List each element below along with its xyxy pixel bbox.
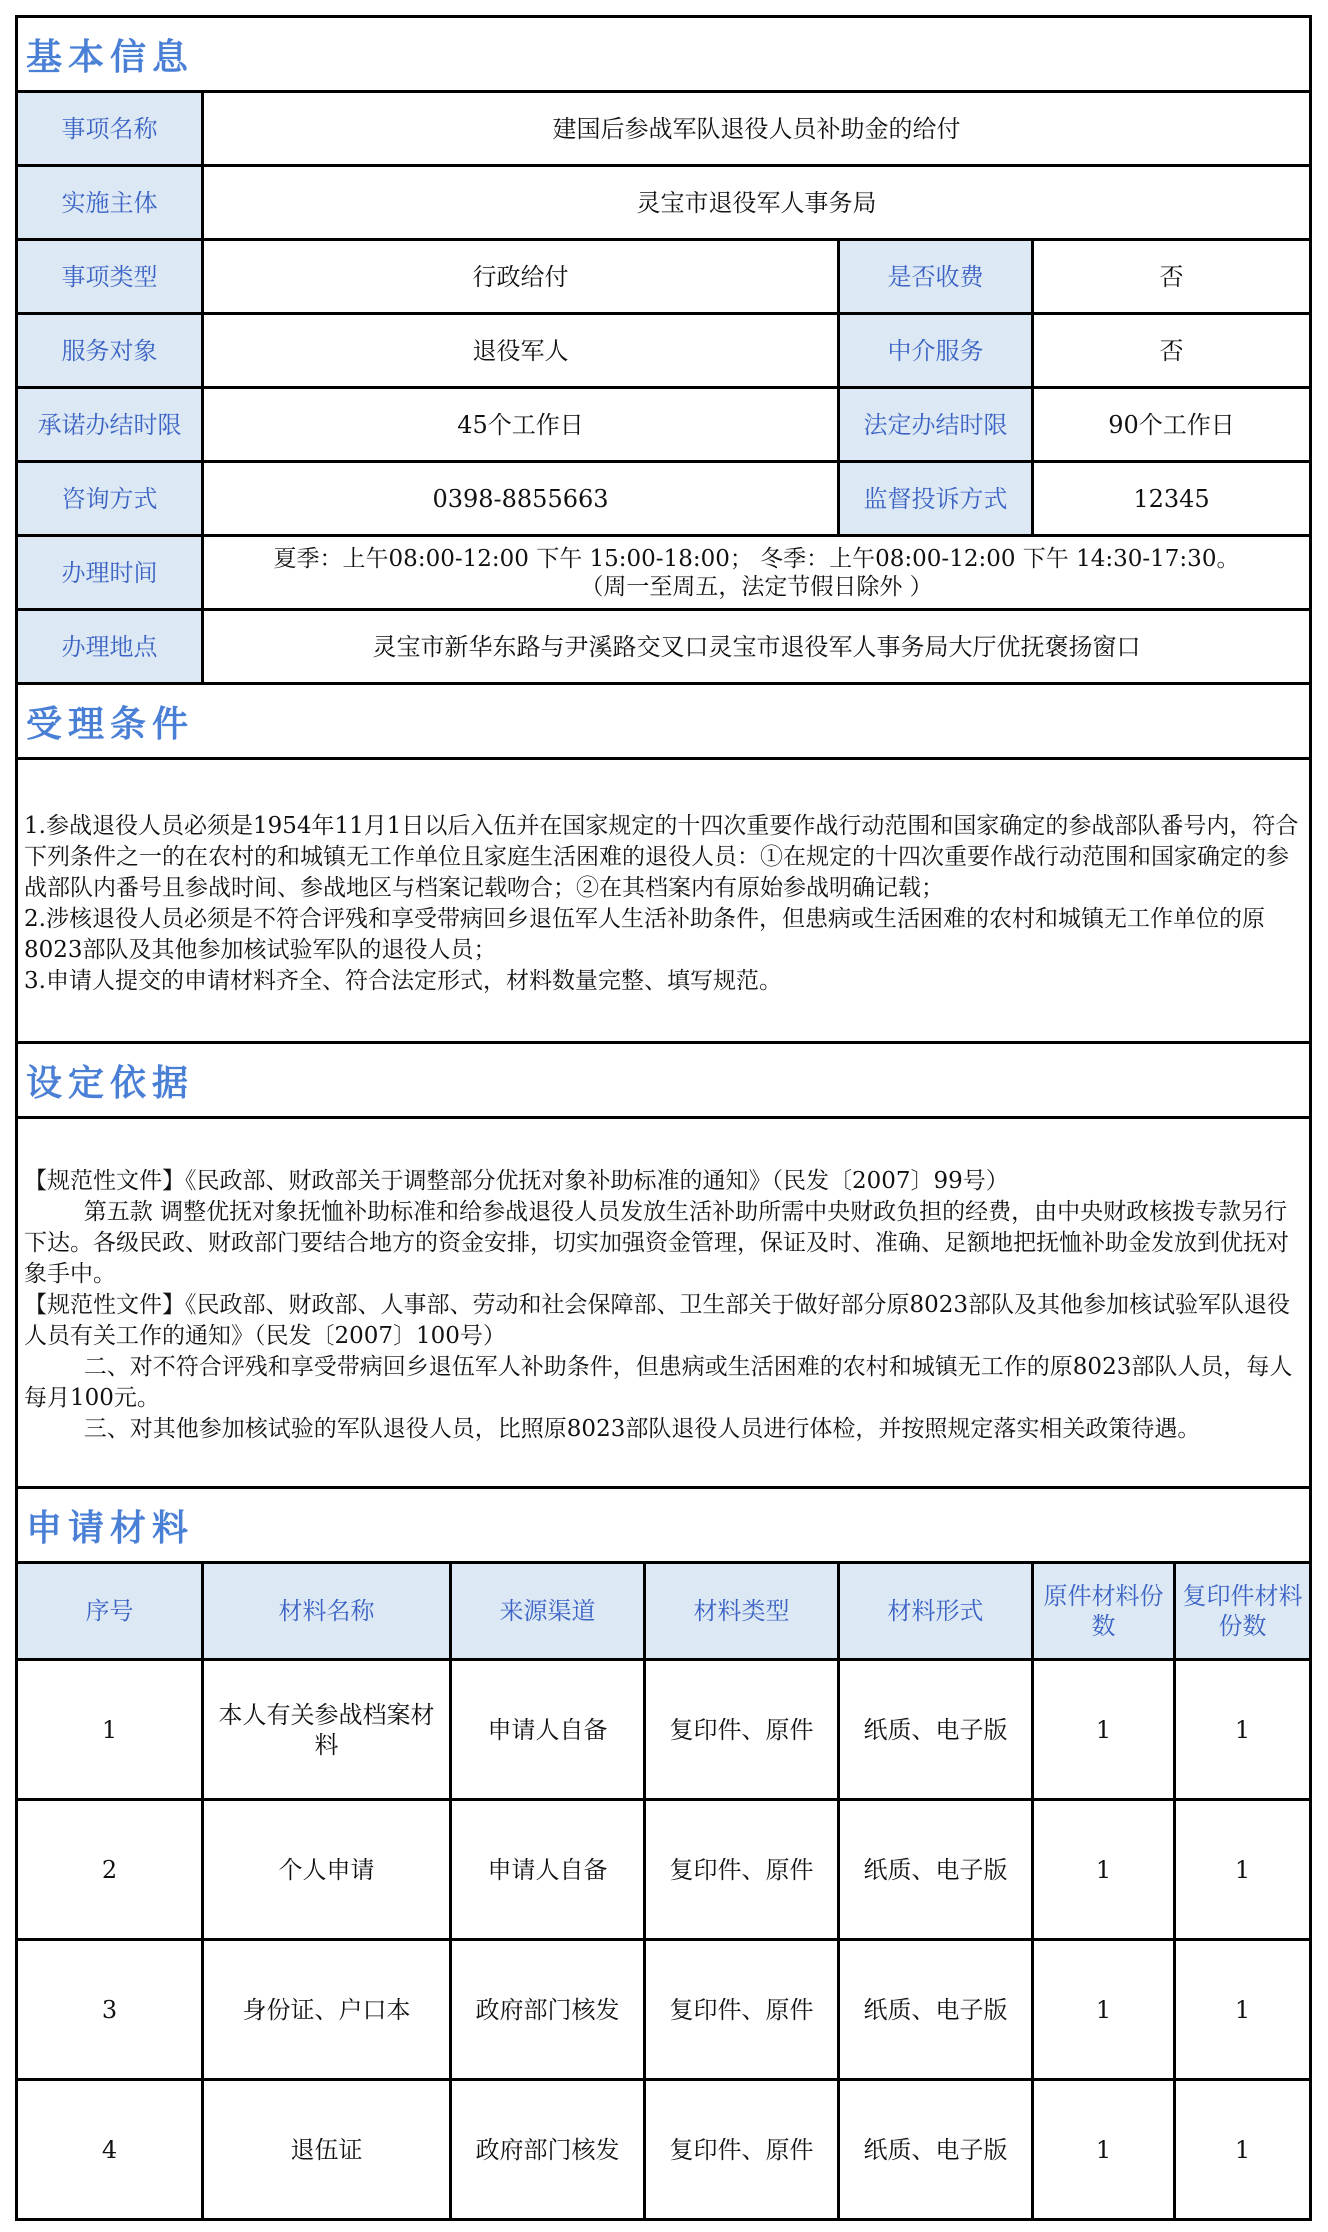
cell-material-name: 退伍证 xyxy=(201,2081,449,2218)
cell-material-name: 本人有关参战档案材料 xyxy=(201,1661,449,1798)
service-item-sheet: 基本信息 事项名称 建国后参战军队退役人员补助金的给付 实施主体 灵宝市退役军人… xyxy=(15,15,1312,2221)
col-header-original-count: 原件材料份数 xyxy=(1031,1564,1173,1658)
value-intermediary-service: 否 xyxy=(1031,315,1309,386)
office-hours-schedule: 夏季：上午08:00-12:00 下午 15:00-18:00； 冬季：上午08… xyxy=(274,545,1240,573)
info-row-contact: 咨询方式 0398-8855663 监督投诉方式 12345 xyxy=(18,460,1309,534)
label-consultation-method: 咨询方式 xyxy=(18,463,201,534)
label-fee-charged: 是否收费 xyxy=(837,241,1031,312)
cell-material-name: 身份证、户口本 xyxy=(201,1941,449,2078)
cell-original-count: 1 xyxy=(1031,1941,1173,2078)
acceptance-condition-2: 2.涉核退役人员必须是不符合评残和享受带病回乡退伍军人生活补助条件，但患病或生活… xyxy=(18,904,1309,966)
cell-original-count: 1 xyxy=(1031,1661,1173,1798)
section-title-basic-info: 基本信息 xyxy=(18,18,194,90)
table-row: 3 身份证、户口本 政府部门核发 复印件、原件 纸质、电子版 1 1 xyxy=(18,1938,1309,2078)
info-row-item-name: 事项名称 建国后参战军队退役人员补助金的给付 xyxy=(18,90,1309,164)
legal-basis-clause-3: 三、对其他参加核试验的军队退役人员，比照原8023部队退役人员进行体检，并按照规… xyxy=(18,1414,1309,1445)
materials-header-row: 序号 材料名称 来源渠道 材料类型 材料形式 原件材料份数 复印件材料份数 xyxy=(18,1561,1309,1658)
cell-copy-count: 1 xyxy=(1173,1661,1309,1798)
value-item-name: 建国后参战军队退役人员补助金的给付 xyxy=(201,93,1309,164)
label-complaint-method: 监督投诉方式 xyxy=(837,463,1031,534)
info-row-item-type: 事项类型 行政给付 是否收费 否 xyxy=(18,238,1309,312)
cell-no: 2 xyxy=(18,1801,201,1938)
cell-source: 政府部门核发 xyxy=(449,1941,643,2078)
section-title-acceptance-conditions: 受理条件 xyxy=(18,685,194,757)
col-header-material-form: 材料形式 xyxy=(837,1564,1031,1658)
label-item-type: 事项类型 xyxy=(18,241,201,312)
col-header-material-type: 材料类型 xyxy=(643,1564,837,1658)
cell-source: 政府部门核发 xyxy=(449,2081,643,2218)
label-implementing-body: 实施主体 xyxy=(18,167,201,238)
value-item-type: 行政给付 xyxy=(201,241,837,312)
cell-copy-count: 1 xyxy=(1173,1801,1309,1938)
materials-title-row: 申请材料 xyxy=(18,1486,1309,1561)
office-hours-note: （周一至周五，法定节假日除外 ） xyxy=(580,573,932,601)
acceptance-paragraphs: 1.参战退役人员必须是1954年11月1日以后入伍并在国家规定的十四次重要作战行… xyxy=(18,805,1309,997)
acceptance-content: 1.参战退役人员必须是1954年11月1日以后入伍并在国家规定的十四次重要作战行… xyxy=(18,757,1309,1041)
cell-source: 申请人自备 xyxy=(449,1801,643,1938)
acceptance-condition-3: 3.申请人提交的申请材料齐全、符合法定形式，材料数量完整、填写规范。 xyxy=(18,966,1309,997)
label-legal-time-limit: 法定办结时限 xyxy=(837,389,1031,460)
acceptance-condition-1: 1.参战退役人员必须是1954年11月1日以后入伍并在国家规定的十四次重要作战行… xyxy=(18,811,1309,904)
value-fee-charged: 否 xyxy=(1031,241,1309,312)
section-title-materials: 申请材料 xyxy=(18,1489,194,1561)
table-row: 1 本人有关参战档案材料 申请人自备 复印件、原件 纸质、电子版 1 1 xyxy=(18,1658,1309,1798)
legal-basis-document-2: 【规范性文件】《民政部、财政部、人事部、劳动和社会保障部、卫生部关于做好部分原8… xyxy=(18,1290,1309,1352)
value-consultation-phone: 0398-8855663 xyxy=(201,463,837,534)
section-title-legal-basis: 设定依据 xyxy=(18,1044,194,1116)
cell-source: 申请人自备 xyxy=(449,1661,643,1798)
cell-material-form: 纸质、电子版 xyxy=(837,1661,1031,1798)
value-implementing-body: 灵宝市退役军人事务局 xyxy=(201,167,1309,238)
acceptance-title-row: 受理条件 xyxy=(18,682,1309,757)
cell-no: 1 xyxy=(18,1661,201,1798)
cell-material-form: 纸质、电子版 xyxy=(837,2081,1031,2218)
label-promised-time-limit: 承诺办结时限 xyxy=(18,389,201,460)
table-row: 4 退伍证 政府部门核发 复印件、原件 纸质、电子版 1 1 xyxy=(18,2078,1309,2218)
label-item-name: 事项名称 xyxy=(18,93,201,164)
legal-basis-clause-2: 二、对不符合评残和享受带病回乡退伍军人补助条件，但患病或生活困难的农村和城镇无工… xyxy=(18,1352,1309,1414)
legal-basis-paragraphs: 【规范性文件】《民政部、财政部关于调整部分优抚对象补助标准的通知》（民发〔200… xyxy=(18,1160,1309,1445)
cell-material-type: 复印件、原件 xyxy=(643,1941,837,2078)
label-service-target: 服务对象 xyxy=(18,315,201,386)
col-header-no: 序号 xyxy=(18,1564,201,1658)
cell-material-type: 复印件、原件 xyxy=(643,1801,837,1938)
cell-material-name: 个人申请 xyxy=(201,1801,449,1938)
label-office-location: 办理地点 xyxy=(18,611,201,682)
cell-no: 3 xyxy=(18,1941,201,2078)
cell-original-count: 1 xyxy=(1031,2081,1173,2218)
value-complaint-phone: 12345 xyxy=(1031,463,1309,534)
col-header-copy-count: 复印件材料份数 xyxy=(1173,1564,1309,1658)
info-row-service-target: 服务对象 退役军人 中介服务 否 xyxy=(18,312,1309,386)
info-row-office-hours: 办理时间 夏季：上午08:00-12:00 下午 15:00-18:00； 冬季… xyxy=(18,534,1309,608)
col-header-source: 来源渠道 xyxy=(449,1564,643,1658)
label-intermediary-service: 中介服务 xyxy=(837,315,1031,386)
cell-copy-count: 1 xyxy=(1173,1941,1309,2078)
info-row-office-location: 办理地点 灵宝市新华东路与尹溪路交叉口灵宝市退役军人事务局大厅优抚褒扬窗口 xyxy=(18,608,1309,682)
cell-no: 4 xyxy=(18,2081,201,2218)
value-office-hours: 夏季：上午08:00-12:00 下午 15:00-18:00； 冬季：上午08… xyxy=(201,537,1309,608)
label-office-hours: 办理时间 xyxy=(18,537,201,608)
cell-material-form: 纸质、电子版 xyxy=(837,1801,1031,1938)
legal-basis-document-1: 【规范性文件】《民政部、财政部关于调整部分优抚对象补助标准的通知》（民发〔200… xyxy=(18,1166,1309,1197)
legal-basis-content: 【规范性文件】《民政部、财政部关于调整部分优抚对象补助标准的通知》（民发〔200… xyxy=(18,1116,1309,1486)
cell-material-form: 纸质、电子版 xyxy=(837,1941,1031,2078)
cell-material-type: 复印件、原件 xyxy=(643,2081,837,2218)
value-promised-time-limit: 45个工作日 xyxy=(201,389,837,460)
info-row-time-limit: 承诺办结时限 45个工作日 法定办结时限 90个工作日 xyxy=(18,386,1309,460)
col-header-material-name: 材料名称 xyxy=(201,1564,449,1658)
info-row-implementing-body: 实施主体 灵宝市退役军人事务局 xyxy=(18,164,1309,238)
value-office-location: 灵宝市新华东路与尹溪路交叉口灵宝市退役军人事务局大厅优抚褒扬窗口 xyxy=(201,611,1309,682)
legal-basis-clause-5: 第五款 调整优抚对象抚恤补助标准和给参战退役人员发放生活补助所需中央财政负担的经… xyxy=(18,1197,1309,1290)
cell-original-count: 1 xyxy=(1031,1801,1173,1938)
legal-basis-title-row: 设定依据 xyxy=(18,1041,1309,1116)
table-row: 2 个人申请 申请人自备 复印件、原件 纸质、电子版 1 1 xyxy=(18,1798,1309,1938)
cell-material-type: 复印件、原件 xyxy=(643,1661,837,1798)
basic-info-title-row: 基本信息 xyxy=(18,18,1309,90)
value-legal-time-limit: 90个工作日 xyxy=(1031,389,1309,460)
cell-copy-count: 1 xyxy=(1173,2081,1309,2218)
value-service-target: 退役军人 xyxy=(201,315,837,386)
